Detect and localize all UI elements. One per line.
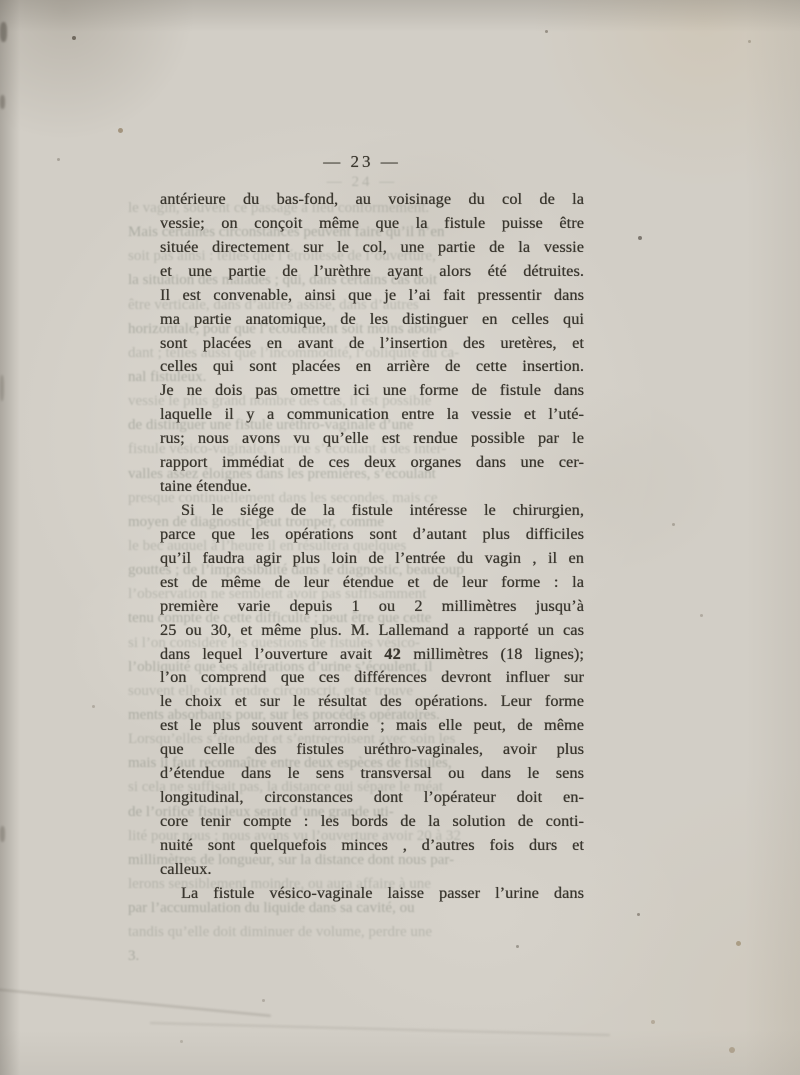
- text-line: longitudinal, circonstances dont l’opéra…: [160, 786, 584, 810]
- body-text: antérieure du bas-fond, au voisinage du …: [160, 188, 584, 906]
- edge-smudge: [0, 95, 5, 109]
- text-line: core tenir compte : les bords de la solu…: [160, 810, 584, 834]
- text-line: Il est convenable, ainsi que je l’ai fai…: [160, 284, 584, 308]
- paper-speck: [72, 36, 76, 40]
- paper-speck: [545, 30, 548, 33]
- paper-speck: [180, 1040, 183, 1043]
- paper-speck: [516, 945, 519, 948]
- edge-smudge: [0, 826, 5, 842]
- text-line: rapport immédiat de ces deux organes dan…: [160, 451, 584, 475]
- text-line: qu’il faudra agir plus loin de l’entrée …: [160, 547, 584, 571]
- edge-smudge: [0, 22, 7, 42]
- text-line: taine étendue.: [160, 475, 584, 499]
- paper-speck: [651, 1020, 655, 1024]
- text-line: d’étendue dans le sens transversal ou da…: [160, 762, 584, 786]
- paper-speck: [700, 614, 703, 617]
- text-line: l’on comprend que ces différences devron…: [160, 666, 584, 690]
- text-line: nuité sont quelquefois minces , d’autres…: [160, 834, 584, 858]
- paper-speck: [57, 158, 60, 161]
- scanned-book-page: — 24 — — 23 — le vagin, souvent ce passa…: [0, 0, 800, 1075]
- text-line: et une partie de l’urèthre ayant alors é…: [160, 260, 584, 284]
- text-line: La fistule vésico-vaginale laisse passer…: [160, 882, 584, 906]
- text-line: laquelle il y a communication entre la v…: [160, 403, 584, 427]
- text-line: calleux.: [160, 858, 584, 882]
- paper-speck: [736, 941, 741, 946]
- paper-crease: [0, 988, 271, 1017]
- paper-speck: [262, 999, 265, 1002]
- paper-crease: [150, 1022, 610, 1036]
- paper-speck: [748, 40, 751, 43]
- text-line: 25 ou 30, et même plus. M. Lallemand a r…: [160, 619, 584, 643]
- text-line: première varie depuis 1 ou 2 millimètres…: [160, 595, 584, 619]
- paper-speck: [118, 128, 123, 133]
- text-line: rus; nous avons vu qu’elle est rendue po…: [160, 427, 584, 451]
- text-line: dans lequel l’ouverture avait 42 millimè…: [160, 643, 584, 667]
- text-line: est de même de leur étendue et de leur f…: [160, 571, 584, 595]
- text-line: Si le siége de la fistule intéresse le c…: [160, 499, 584, 523]
- text-line: vessie; on conçoit même que la fistule p…: [160, 212, 584, 236]
- text-line: parce que les opérations sont d’autant p…: [160, 523, 584, 547]
- text-line: Je ne dois pas omettre ici une forme de …: [160, 379, 584, 403]
- ghost-text-line: tandis qu’elle doit diminuer de volume, …: [128, 920, 668, 944]
- paper-speck: [729, 1047, 735, 1053]
- text-line: que celle des fistules uréthro-vaginales…: [160, 738, 584, 762]
- edge-smudge: [0, 375, 4, 401]
- text-line: le choix et sur le résultat des opératio…: [160, 690, 584, 714]
- ghost-text-line: 3.: [128, 944, 668, 968]
- paper-speck: [672, 523, 675, 526]
- text-line: située directement sur le col, une parti…: [160, 236, 584, 260]
- text-line: sont placées en avant de l’insertion des…: [160, 332, 584, 356]
- page-number: — 23 —: [150, 152, 574, 172]
- text-line: ma partie anatomique, de les distinguer …: [160, 308, 584, 332]
- text-line: est le plus souvent arrondie ; mais elle…: [160, 714, 584, 738]
- text-line: antérieure du bas-fond, au voisinage du …: [160, 188, 584, 212]
- text-line: celles qui sont placées en arrière de ce…: [160, 355, 584, 379]
- paper-speck: [638, 236, 642, 240]
- paper-speck: [637, 913, 640, 916]
- paper-speck: [92, 705, 95, 708]
